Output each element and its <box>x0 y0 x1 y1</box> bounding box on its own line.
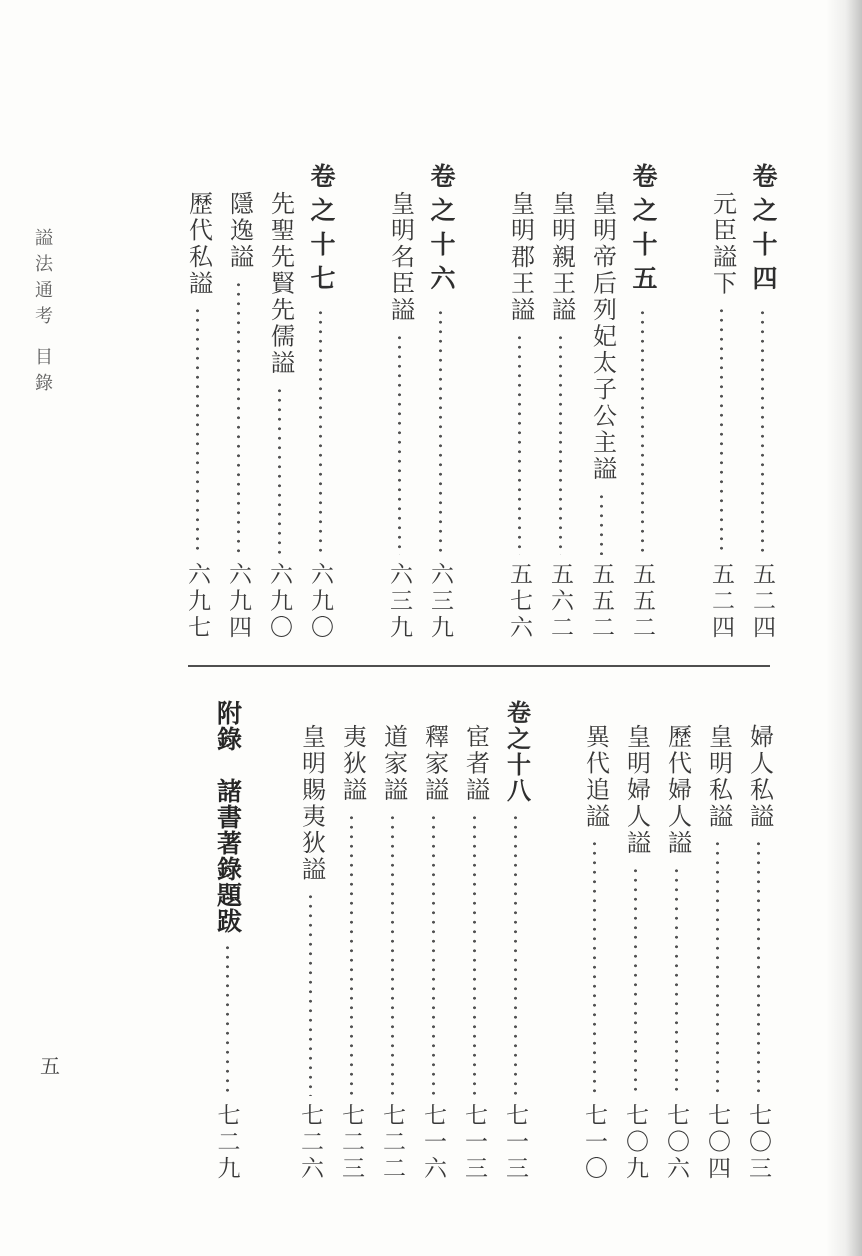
toc-item-entry: 皇明私謚七〇四 <box>697 700 738 1182</box>
toc-entry-label: 卷之十七 <box>308 163 333 299</box>
dotted-leader <box>431 813 436 1096</box>
dotted-leader <box>558 333 563 555</box>
toc-entry-label: 皇明郡王謚 <box>508 191 532 324</box>
toc-group: 婦人私謚七〇三皇明私謚七〇四歷代婦人謚七〇六皇明婦人謚七〇九異代追謚七一〇 <box>574 700 779 1182</box>
toc-entry-page-number: 七一〇 <box>583 1103 606 1183</box>
toc-item-entry: 皇明婦人謚七〇九 <box>615 700 656 1182</box>
toc-entry-label: 卷之十五 <box>630 163 655 299</box>
toc-entry-label: 先聖先賢先儒謚 <box>268 191 292 377</box>
toc-entry-page-number: 七一三 <box>463 1103 486 1183</box>
toc-entry-page-number: 五二四 <box>710 562 733 642</box>
dotted-leader <box>438 308 443 555</box>
toc-entry-label: 道家謚 <box>381 724 405 804</box>
toc-entry-page-number: 七二三 <box>340 1103 363 1183</box>
book-title: 謚法通考 <box>34 228 52 332</box>
toc-chapter-entry: 卷之十八七一三 <box>495 700 536 1182</box>
toc-group: 卷之十八七一三宦者謚七一三釋家謚七一六道家謚七二二夷狄謚七二三皇明賜夷狄謚七二六 <box>290 700 536 1182</box>
dotted-leader <box>397 333 402 555</box>
toc-entry-label: 婦人私謚 <box>747 724 771 830</box>
toc-entry-label: 附錄 諸書著錄題跋 <box>215 700 240 934</box>
toc-entry-label: 元臣謚下 <box>710 191 734 297</box>
toc-entry-label: 歷代婦人謚 <box>665 724 689 857</box>
toc-chapter-entry: 卷之十七六九〇 <box>300 163 341 641</box>
toc-entry-page-number: 六九〇 <box>268 562 291 642</box>
toc-entry-page-number: 七二六 <box>299 1103 322 1183</box>
toc-item-entry: 歷代婦人謚七〇六 <box>656 700 697 1182</box>
toc-item-entry: 皇明親王謚五六二 <box>540 163 581 641</box>
dotted-leader <box>719 306 724 555</box>
dotted-leader <box>674 866 679 1096</box>
toc-entry-page-number: 五六二 <box>549 562 572 642</box>
toc-entry-page-number: 六九〇 <box>309 562 332 642</box>
toc-item-entry: 異代追謚七一〇 <box>574 700 615 1182</box>
section-divider <box>188 665 770 667</box>
toc-entry-page-number: 五五二 <box>590 562 613 642</box>
toc-entry-label: 卷之十六 <box>428 163 453 299</box>
toc-chapter-entry: 卷之十六六三九 <box>420 163 461 641</box>
toc-entry-page-number: 七二九 <box>216 1103 239 1183</box>
toc-entry-label: 皇明賜夷狄謚 <box>299 724 323 883</box>
toc-entry-page-number: 五七六 <box>508 562 531 642</box>
folio-number: 五 <box>40 1050 60 1079</box>
dotted-leader <box>715 839 720 1096</box>
toc-group: 卷之十五五五二皇明帝后列妃太子公主謚五五二皇明親王謚五六二皇明郡王謚五七六 <box>499 163 663 641</box>
dotted-leader <box>277 386 282 555</box>
toc-item-entry: 婦人私謚七〇三 <box>738 700 779 1182</box>
toc-item-entry: 皇明帝后列妃太子公主謚五五二 <box>581 163 622 641</box>
section-title: 目錄 <box>34 347 52 399</box>
toc-entry-label: 歷代私謚 <box>186 191 210 297</box>
toc-entry-page-number: 七〇三 <box>747 1103 770 1183</box>
dotted-leader <box>308 892 313 1096</box>
toc-group: 卷之十七六九〇先聖先賢先儒謚六九〇隱逸謚六九四歷代私謚六九七 <box>177 163 341 641</box>
toc-entry-label: 釋家謚 <box>422 724 446 804</box>
toc-entry-label: 隱逸謚 <box>227 191 251 271</box>
dotted-leader <box>640 308 645 555</box>
toc-entry-label: 皇明私謚 <box>706 724 730 830</box>
toc-entry-page-number: 七一六 <box>422 1103 445 1183</box>
toc-appendix-entry: 附錄 諸書著錄題跋七二九 <box>202 700 252 1182</box>
dotted-leader <box>195 306 200 555</box>
toc-entry-page-number: 七〇六 <box>665 1103 688 1183</box>
dotted-leader <box>760 308 765 555</box>
book-page: 卷之十四五二四元臣謚下五二四卷之十五五五二皇明帝后列妃太子公主謚五五二皇明親王謚… <box>0 0 862 1256</box>
toc-item-entry: 元臣謚下五二四 <box>701 163 742 641</box>
dotted-leader <box>225 943 230 1096</box>
toc-entry-page-number: 七一三 <box>504 1103 527 1183</box>
toc-entry-label: 皇明帝后列妃太子公主謚 <box>590 191 614 483</box>
toc-entry-page-number: 七二二 <box>381 1103 404 1183</box>
dotted-leader <box>236 280 241 555</box>
toc-entry-page-number: 七〇九 <box>624 1103 647 1183</box>
dotted-leader <box>592 839 597 1096</box>
toc-entry-label: 宦者謚 <box>463 724 487 804</box>
dotted-leader <box>349 813 354 1096</box>
dotted-leader <box>517 333 522 555</box>
toc-chapter-entry: 卷之十四五二四 <box>742 163 783 641</box>
toc-entry-page-number: 六九七 <box>186 562 209 642</box>
toc-entry-label: 皇明親王謚 <box>549 191 573 324</box>
toc-entry-page-number: 六九四 <box>227 562 250 642</box>
dotted-leader <box>633 866 638 1096</box>
dotted-leader <box>318 308 323 555</box>
toc-entry-label: 夷狄謚 <box>340 724 364 804</box>
toc-item-entry: 釋家謚七一六 <box>413 700 454 1182</box>
toc-item-entry: 道家謚七二二 <box>372 700 413 1182</box>
toc-entry-label: 卷之十四 <box>750 163 775 299</box>
toc-entry-page-number: 五二四 <box>751 562 774 642</box>
toc-item-entry: 皇明郡王謚五七六 <box>499 163 540 641</box>
toc-group: 附錄 諸書著錄題跋七二九 <box>202 700 252 1182</box>
toc-entry-label: 卷之十八 <box>504 700 528 804</box>
toc-entry-label: 皇明婦人謚 <box>624 724 648 857</box>
toc-item-entry: 隱逸謚六九四 <box>218 163 259 641</box>
toc-group: 卷之十六六三九皇明名臣謚六三九 <box>379 163 461 641</box>
scan-edge-shadow <box>826 0 862 1256</box>
toc-item-entry: 歷代私謚六九七 <box>177 163 218 641</box>
dotted-leader <box>513 813 518 1096</box>
toc-entry-page-number: 六三九 <box>388 562 411 642</box>
toc-chapter-entry: 卷之十五五五二 <box>622 163 663 641</box>
dotted-leader <box>390 813 395 1096</box>
toc-entry-label: 皇明名臣謚 <box>388 191 412 324</box>
toc-block-upper: 卷之十四五二四元臣謚下五二四卷之十五五五二皇明帝后列妃太子公主謚五五二皇明親王謚… <box>177 163 783 641</box>
toc-item-entry: 皇明名臣謚六三九 <box>379 163 420 641</box>
toc-entry-label: 異代追謚 <box>583 724 607 830</box>
dotted-leader <box>599 492 604 555</box>
toc-item-entry: 夷狄謚七二三 <box>331 700 372 1182</box>
toc-item-entry: 宦者謚七一三 <box>454 700 495 1182</box>
toc-entry-page-number: 五五二 <box>631 562 654 642</box>
toc-entry-page-number: 七〇四 <box>706 1103 729 1183</box>
dotted-leader <box>472 813 477 1096</box>
toc-entry-page-number: 六三九 <box>429 562 452 642</box>
toc-item-entry: 皇明賜夷狄謚七二六 <box>290 700 331 1182</box>
dotted-leader <box>756 839 761 1096</box>
toc-item-entry: 先聖先賢先儒謚六九〇 <box>259 163 300 641</box>
running-title: 謚法通考 目錄 <box>34 228 52 399</box>
toc-block-lower: 婦人私謚七〇三皇明私謚七〇四歷代婦人謚七〇六皇明婦人謚七〇九異代追謚七一〇卷之十… <box>202 700 779 1182</box>
toc-group: 卷之十四五二四元臣謚下五二四 <box>701 163 783 641</box>
